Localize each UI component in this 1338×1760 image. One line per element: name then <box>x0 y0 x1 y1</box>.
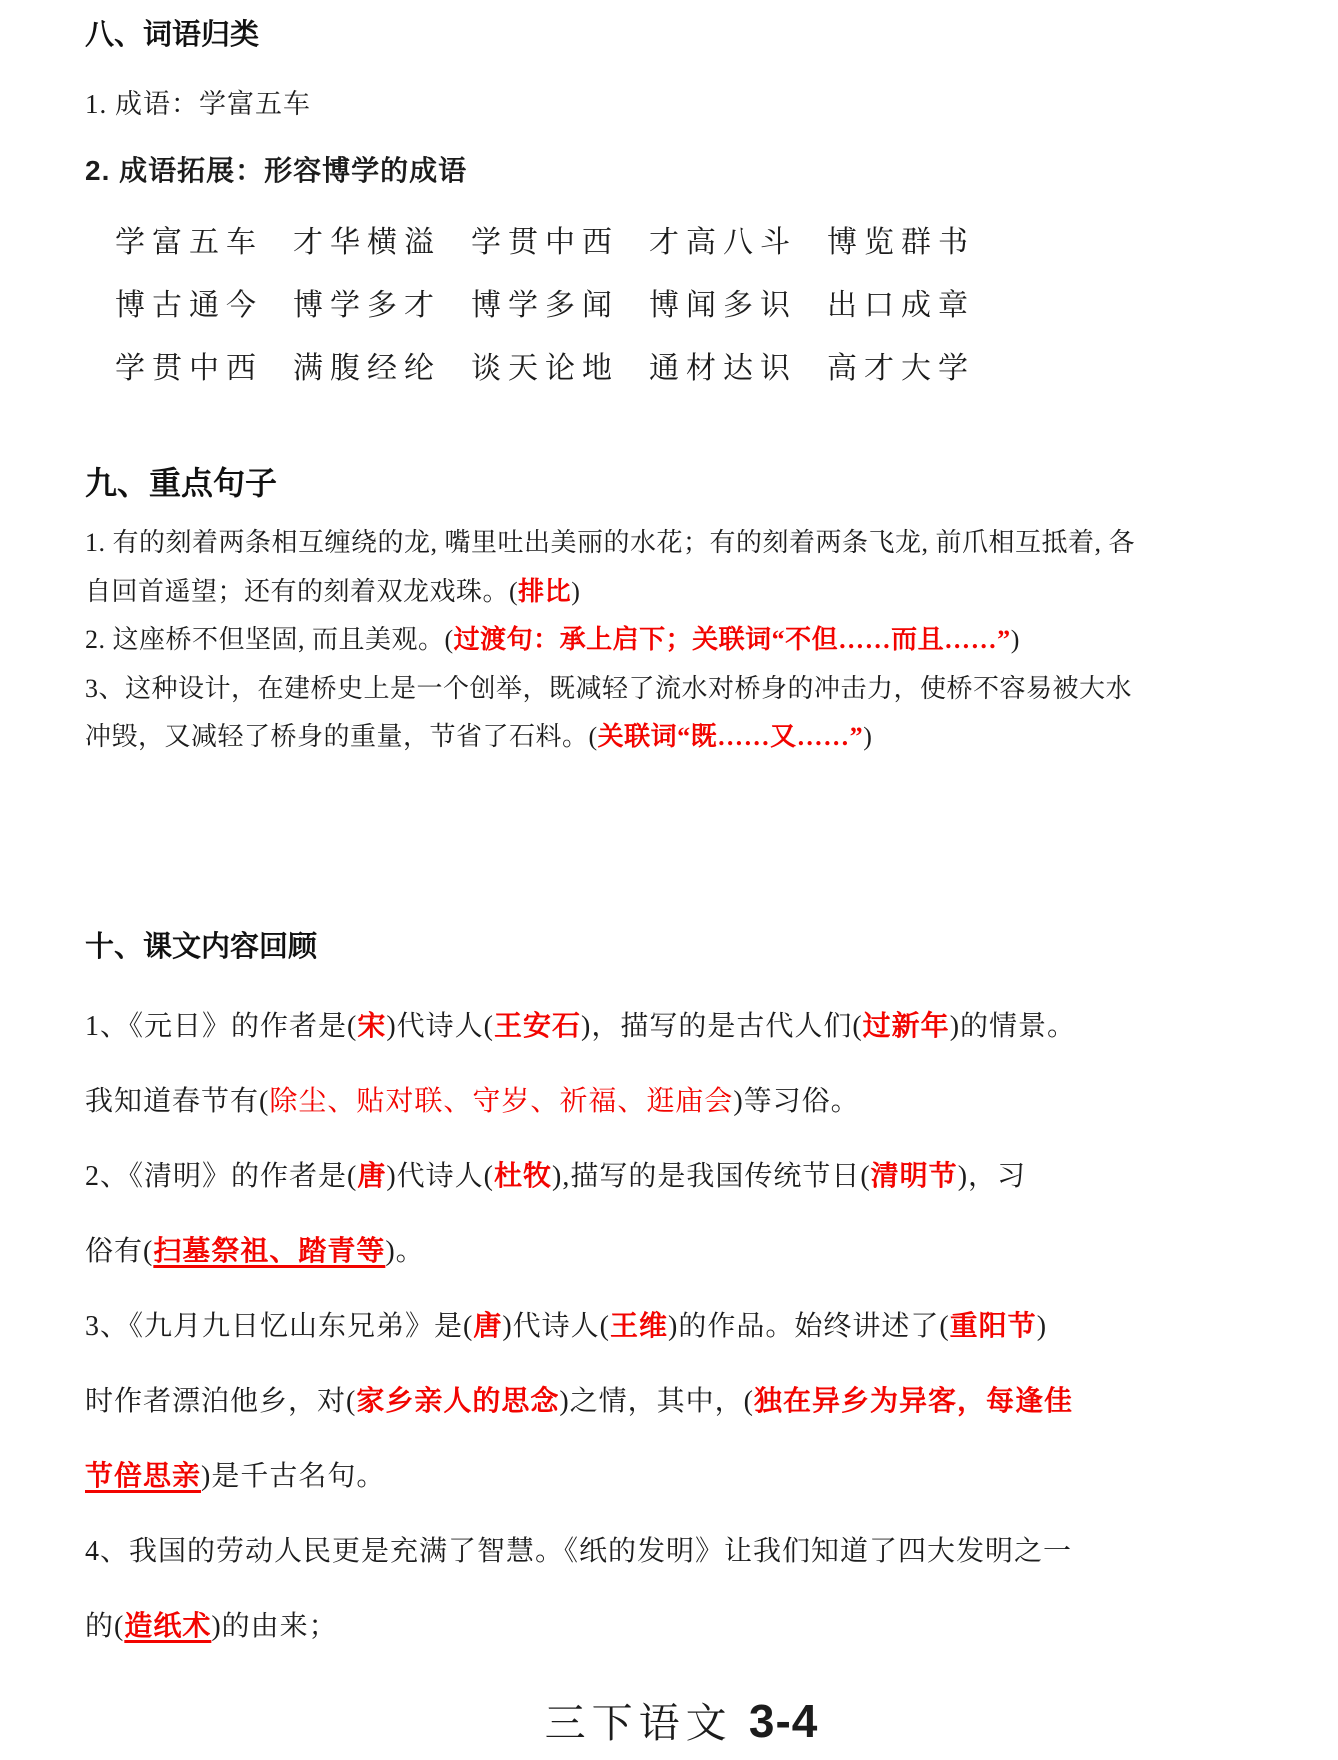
section8-item-idiom: 1. 成语：学富五车 <box>85 82 1278 121</box>
footer-page-number: 3-4 <box>749 1695 818 1747</box>
highlight-run: 过渡句：承上启下；关联词“不但……而且……” <box>454 625 1011 654</box>
highlight-run: 重阳节 <box>950 1311 1037 1342</box>
paragraph-line: 节倍思亲)是千古名句。 <box>85 1439 1278 1514</box>
highlight-run: 独在异乡为异客，每逢佳 <box>754 1386 1073 1417</box>
highlight-run: 节倍思亲 <box>85 1461 201 1492</box>
highlight-run: 唐 <box>473 1311 502 1342</box>
paragraph-line: 3、这种设计，在建桥史上是一个创举，既减轻了流水对桥身的冲击力，使桥不容易被大水 <box>85 665 1278 714</box>
paragraph-line: 我知道春节有(除尘、贴对联、守岁、祈福、逛庙会)等习俗。 <box>85 1064 1278 1139</box>
idiom-word: 才高八斗 <box>649 211 827 274</box>
highlight-run: 关联词“既……又……” <box>598 722 864 751</box>
text-run: )之情，其中，( <box>559 1386 754 1417</box>
paragraph-line: 2、《清明》的作者是(唐)代诗人(杜牧),描写的是我国传统节日(清明节)，习 <box>85 1139 1278 1214</box>
idiom-word: 高才大学 <box>827 337 1005 400</box>
text-run: ) <box>863 722 872 751</box>
text-run: )代诗人( <box>502 1311 610 1342</box>
text-run: ),描写的是我国传统节日( <box>552 1161 871 1192</box>
highlight-run: 排比 <box>518 577 571 606</box>
highlight-run: 扫墓祭祖、踏青等 <box>153 1236 385 1267</box>
highlight-run: 唐 <box>357 1161 386 1192</box>
text-run: )代诗人( <box>386 1011 494 1042</box>
idiom-word: 谈天论地 <box>471 337 649 400</box>
idiom-word: 学贯中西 <box>471 211 649 274</box>
text-run: 的( <box>85 1611 124 1642</box>
idiom-word: 学富五车 <box>115 211 293 274</box>
section9-heading: 九、重点句子 <box>85 462 1278 505</box>
document-page: 八、词语归类 1. 成语：学富五车 2. 成语拓展：形容博学的成语 学富五车才华… <box>0 0 1338 1760</box>
text-run: 我知道春节有( <box>85 1086 269 1117</box>
text-run: )代诗人( <box>386 1161 494 1192</box>
idiom-word: 博古通今 <box>115 274 293 337</box>
section9-sentences: 1. 有的刻着两条相互缠绕的龙, 嘴里吐出美丽的水花；有的刻着两条飞龙, 前爪相… <box>85 519 1278 762</box>
text-run: )的由来； <box>211 1611 337 1642</box>
section10-heading: 十、课文内容回顾 <box>85 928 1278 967</box>
text-run: )的情景。 <box>950 1011 1076 1042</box>
section8-heading: 八、词语归类 <box>85 16 1278 55</box>
highlight-run: 除尘、贴对联、守岁、祈福、逛庙会 <box>269 1086 733 1117</box>
paragraph-line: 2. 这座桥不但坚固, 而且美观。(过渡句：承上启下；关联词“不但……而且……”… <box>85 616 1278 665</box>
paragraph-line: 冲毁，又减轻了桥身的重量，节省了石料。(关联词“既……又……”) <box>85 713 1278 762</box>
idiom-grid: 学富五车才华横溢学贯中西才高八斗博览群书博古通今博学多才博学多闻博闻多识出口成章… <box>115 211 1278 400</box>
section8-item-idiom-extension: 2. 成语拓展：形容博学的成语 <box>85 149 1278 189</box>
text-run: )的作品。始终讲述了( <box>668 1311 950 1342</box>
text-run: 3、《九月九日忆山东兄弟》是( <box>85 1311 473 1342</box>
highlight-run: 杜牧 <box>494 1161 552 1192</box>
text-run: 2、《清明》的作者是( <box>85 1161 357 1192</box>
paragraph-line: 的(造纸术)的由来； <box>85 1589 1278 1664</box>
idiom-word: 博学多才 <box>293 274 471 337</box>
text-run: 冲毁，又减轻了桥身的重量，节省了石料。( <box>85 722 598 751</box>
text-run: )等习俗。 <box>733 1086 859 1117</box>
paragraph-line: 1. 有的刻着两条相互缠绕的龙, 嘴里吐出美丽的水花；有的刻着两条飞龙, 前爪相… <box>85 519 1278 568</box>
highlight-run: 家乡亲人的思念 <box>356 1386 559 1417</box>
paragraph-line: 4、我国的劳动人民更是充满了智慧。《纸的发明》让我们知道了四大发明之一 <box>85 1514 1278 1589</box>
idiom-word: 博学多闻 <box>471 274 649 337</box>
idiom-word: 才华横溢 <box>293 211 471 274</box>
idiom-word: 学贯中西 <box>115 337 293 400</box>
text-run: ) <box>1037 1311 1047 1342</box>
paragraph-line: 1、《元日》的作者是(宋)代诗人(王安石)，描写的是古代人们(过新年)的情景。 <box>85 989 1278 1064</box>
text-run: 4、我国的劳动人民更是充满了智慧。《纸的发明》让我们知道了四大发明之一 <box>85 1536 1072 1567</box>
text-run: )是千古名句。 <box>201 1461 385 1492</box>
idiom-word: 出口成章 <box>827 274 1005 337</box>
text-run: )，习 <box>958 1161 1026 1192</box>
footer-course-label: 三下语文 <box>545 1700 733 1746</box>
paragraph-line: 3、《九月九日忆山东兄弟》是(唐)代诗人(王维)的作品。始终讲述了(重阳节) <box>85 1289 1278 1364</box>
highlight-run: 宋 <box>357 1011 386 1042</box>
idiom-word: 博览群书 <box>827 211 1005 274</box>
paragraph-line: 自回首遥望；还有的刻着双龙戏珠。(排比) <box>85 568 1278 617</box>
text-run: 1、《元日》的作者是( <box>85 1011 357 1042</box>
text-run: 时作者漂泊他乡，对( <box>85 1386 356 1417</box>
text-run: 2. 这座桥不但坚固, 而且美观。( <box>85 625 454 654</box>
text-run: ) <box>571 577 580 606</box>
idiom-word: 满腹经纶 <box>293 337 471 400</box>
text-run: 1. 有的刻着两条相互缠绕的龙, 嘴里吐出美丽的水花；有的刻着两条飞龙, 前爪相… <box>85 528 1135 557</box>
text-run: 自回首遥望；还有的刻着双龙戏珠。( <box>85 577 518 606</box>
idiom-word: 通材达识 <box>649 337 827 400</box>
paragraph-line: 时作者漂泊他乡，对(家乡亲人的思念)之情，其中，(独在异乡为异客，每逢佳 <box>85 1364 1278 1439</box>
idiom-word: 博闻多识 <box>649 274 827 337</box>
paragraph-line: 俗有(扫墓祭祖、踏青等)。 <box>85 1214 1278 1289</box>
text-run: )。 <box>385 1236 424 1267</box>
text-run: ) <box>1011 625 1020 654</box>
highlight-run: 造纸术 <box>124 1611 211 1642</box>
text-run: )，描写的是古代人们( <box>581 1011 863 1042</box>
section10-review: 1、《元日》的作者是(宋)代诗人(王安石)，描写的是古代人们(过新年)的情景。我… <box>85 989 1278 1664</box>
text-run: 俗有( <box>85 1236 153 1267</box>
highlight-run: 清明节 <box>871 1161 958 1192</box>
highlight-run: 王维 <box>610 1311 668 1342</box>
page-footer: 三下语文 3-4 <box>85 1690 1278 1749</box>
text-run: 3、这种设计，在建桥史上是一个创举，既减轻了流水对桥身的冲击力，使桥不容易被大水 <box>85 674 1132 703</box>
highlight-run: 王安石 <box>494 1011 581 1042</box>
highlight-run: 过新年 <box>863 1011 950 1042</box>
